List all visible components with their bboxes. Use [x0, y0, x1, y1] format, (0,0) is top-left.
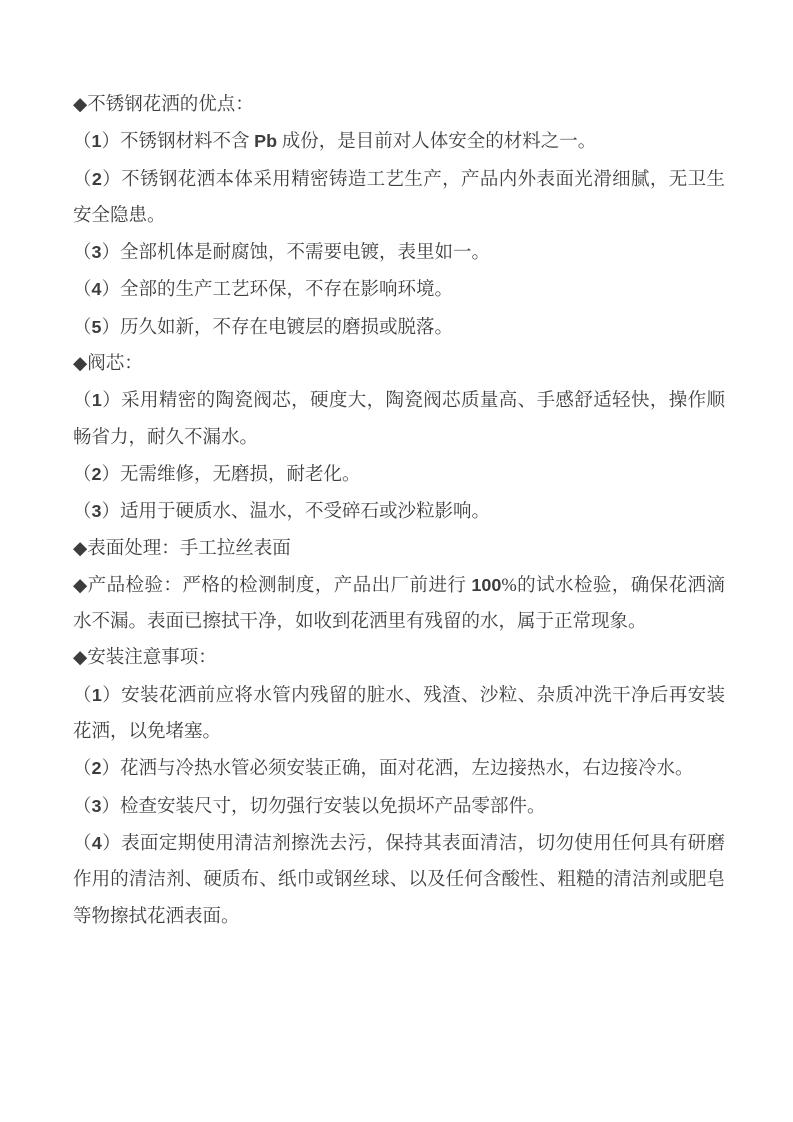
latin-text-run: 4 [92, 833, 102, 853]
text-run: ）花洒与冷热水管必须安装正确，面对花洒，左边接热水，右边接冷水。 [102, 759, 694, 779]
text-run: （ [73, 391, 92, 411]
text-run: ）适用于硬质水、温水，不受碎石或沙粒影响。 [102, 502, 491, 522]
text-run: （ [73, 170, 92, 190]
text-run: （ [73, 132, 92, 152]
latin-text-run: 2 [92, 169, 102, 189]
advantages-heading: ◆不锈钢花洒的优点： [73, 87, 725, 123]
valve-core-heading: ◆阀芯： [73, 346, 725, 382]
text-run: （ [73, 797, 92, 817]
latin-text-run: 1 [92, 131, 102, 151]
advantages-item-1: （1）不锈钢材料不含 Pb 成份，是目前对人体安全的材料之一。 [73, 123, 725, 160]
valve-core-item-2: （2）无需维修，无磨损，耐老化。 [73, 456, 725, 493]
text-run: ）全部机体是耐腐蚀，不需要电镀，表里如一。 [102, 243, 491, 263]
valve-core-item-1: （1）采用精密的陶瓷阀芯，硬度大，陶瓷阀芯质量高、手感舒适轻快，操作顺畅省力，耐… [73, 382, 725, 456]
text-run: （ [73, 465, 92, 485]
text-run: ）不锈钢花洒本体采用精密铸造工艺生产，产品内外表面光滑细腻，无卫生安全隐患。 [73, 170, 725, 226]
installation-item-3: （3）检查安装尺寸，切勿强行安装以免损坏产品零部件。 [73, 788, 725, 825]
latin-text-run: 4 [92, 279, 102, 299]
latin-text-run: 5 [92, 317, 102, 337]
text-run: ◆不锈钢花洒的优点： [73, 95, 254, 115]
latin-text-run: 2 [92, 464, 102, 484]
text-run: ◆阀芯： [73, 354, 143, 374]
text-run: ）表面定期使用清洁剂擦洗去污，保持其表面清洁，切勿使用任何具有研磨作用的清洁剂、… [73, 834, 725, 927]
text-run: ◆安装注意事项： [73, 648, 217, 668]
text-run: 成份，是目前对人体安全的材料之一。 [277, 132, 596, 152]
text-run: （ [73, 502, 92, 522]
text-run: （ [73, 318, 92, 338]
text-run: （ [73, 834, 92, 854]
text-run: （ [73, 686, 92, 706]
latin-text-run: 1 [92, 390, 102, 410]
latin-text-run: 1 [92, 685, 102, 705]
latin-text-run: 3 [92, 796, 102, 816]
text-run: ）全部的生产工艺环保，不存在影响环境。 [102, 280, 454, 300]
text-run: ◆表面处理：手工拉丝表面 [73, 539, 291, 559]
document-page: ◆不锈钢花洒的优点：（1）不锈钢材料不含 Pb 成份，是目前对人体安全的材料之一… [0, 0, 793, 1122]
advantages-item-5: （5）历久如新，不存在电镀层的磨损或脱落。 [73, 309, 725, 346]
product-inspection: ◆产品检验：严格的检测制度，产品出厂前进行 100%的试水检验，确保花洒滴水不漏… [73, 567, 725, 641]
text-run: ）安装花洒前应将水管内残留的脏水、残渣、沙粒、杂质冲洗干净后再安装花洒，以免堵塞… [73, 686, 725, 742]
text-run: ）历久如新，不存在电镀层的磨损或脱落。 [102, 318, 454, 338]
valve-core-item-3: （3）适用于硬质水、温水，不受碎石或沙粒影响。 [73, 493, 725, 530]
text-run: ）不锈钢材料不含 [102, 132, 255, 152]
installation-notes-heading: ◆安装注意事项： [73, 640, 725, 676]
latin-text-run: 100 [471, 575, 501, 595]
text-run: （ [73, 243, 92, 263]
latin-text-run: 3 [92, 501, 102, 521]
latin-text-run: 2 [92, 758, 102, 778]
document-body: ◆不锈钢花洒的优点：（1）不锈钢材料不含 Pb 成份，是目前对人体安全的材料之一… [73, 87, 725, 935]
text-run: ）检查安装尺寸，切勿强行安装以免损坏产品零部件。 [102, 797, 546, 817]
text-run: ）无需维修，无磨损，耐老化。 [102, 465, 361, 485]
latin-text-run: 3 [92, 242, 102, 262]
installation-item-1: （1）安装花洒前应将水管内残留的脏水、残渣、沙粒、杂质冲洗干净后再安装花洒，以免… [73, 677, 725, 751]
advantages-item-2: （2）不锈钢花洒本体采用精密铸造工艺生产，产品内外表面光滑细腻，无卫生安全隐患。 [73, 161, 725, 235]
text-run: （ [73, 280, 92, 300]
installation-item-4: （4）表面定期使用清洁剂擦洗去污，保持其表面清洁，切勿使用任何具有研磨作用的清洁… [73, 825, 725, 935]
advantages-item-3: （3）全部机体是耐腐蚀，不需要电镀，表里如一。 [73, 234, 725, 271]
surface-treatment: ◆表面处理：手工拉丝表面 [73, 531, 725, 567]
advantages-item-4: （4）全部的生产工艺环保，不存在影响环境。 [73, 271, 725, 308]
text-run: ）采用精密的陶瓷阀芯，硬度大，陶瓷阀芯质量高、手感舒适轻快，操作顺畅省力，耐久不… [73, 391, 725, 447]
text-run: ◆产品检验：严格的检测制度，产品出厂前进行 [73, 576, 471, 596]
latin-text-run: Pb [254, 131, 277, 151]
text-run: （ [73, 759, 92, 779]
installation-item-2: （2）花洒与冷热水管必须安装正确，面对花洒，左边接热水，右边接冷水。 [73, 750, 725, 787]
